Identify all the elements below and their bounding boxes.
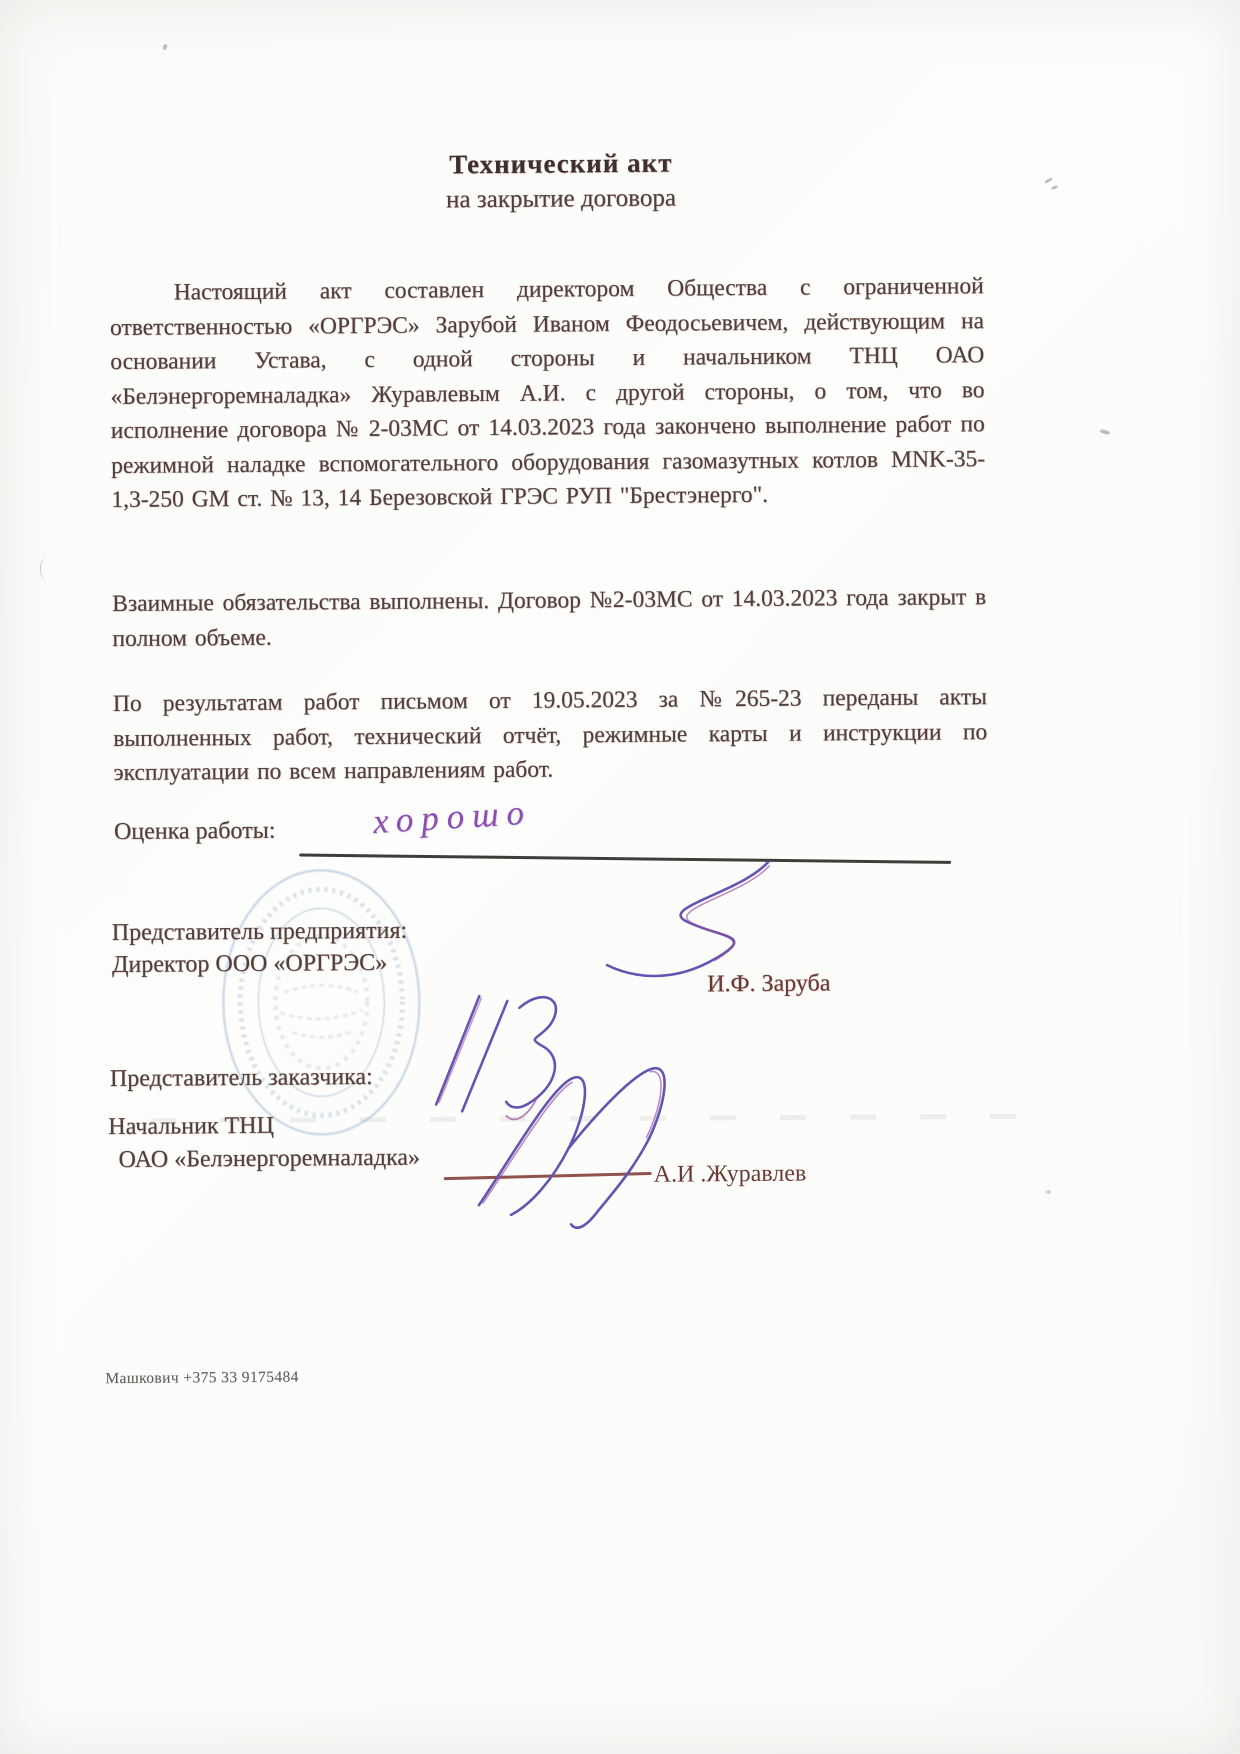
paragraph-results: По результатам работ письмом от 19.05.20… — [113, 680, 988, 790]
paragraph-obligations: Взаимные обязательства выполнены. Догово… — [112, 580, 987, 656]
company-representative-position: Директор ООО «ОРГРЭС» — [112, 950, 387, 979]
evaluation-label: Оценка работы: — [114, 818, 276, 846]
evaluation-handwritten-value: хорошо — [372, 793, 533, 843]
document-header: Технический акт на закрытие договора — [0, 144, 1181, 219]
scan-artifact — [40, 558, 51, 580]
document-title: Технический акт — [0, 144, 1181, 185]
paragraph-contract-intro: Настоящий акт составлен директором Общес… — [110, 269, 986, 517]
evaluation-underline — [299, 854, 951, 864]
scan-artifact — [1046, 1190, 1051, 1194]
company-round-stamp — [213, 862, 430, 1144]
contact-note: Машкович +375 33 9175484 — [105, 1369, 299, 1389]
customer-representative-position-line2: ОАО «Белэнергоремналадка» — [118, 1145, 420, 1174]
customer-signatory-name: А.И .Журавлев — [654, 1161, 807, 1189]
zhuravlev-signature — [458, 1061, 739, 1241]
customer-representative-label: Представитель заказчика: — [110, 1064, 373, 1093]
scanned-document-page: Технический акт на закрытие договора Нас… — [0, 0, 1240, 1754]
company-representative-label: Представитель предприятия: — [112, 918, 408, 947]
company-signatory-name: И.Ф. Заруба — [707, 970, 830, 998]
document-subtitle: на закрытие договора — [0, 181, 1181, 219]
document-content: Технический акт на закрытие договора Нас… — [0, 0, 1240, 1754]
customer-signature-line — [444, 1172, 652, 1180]
